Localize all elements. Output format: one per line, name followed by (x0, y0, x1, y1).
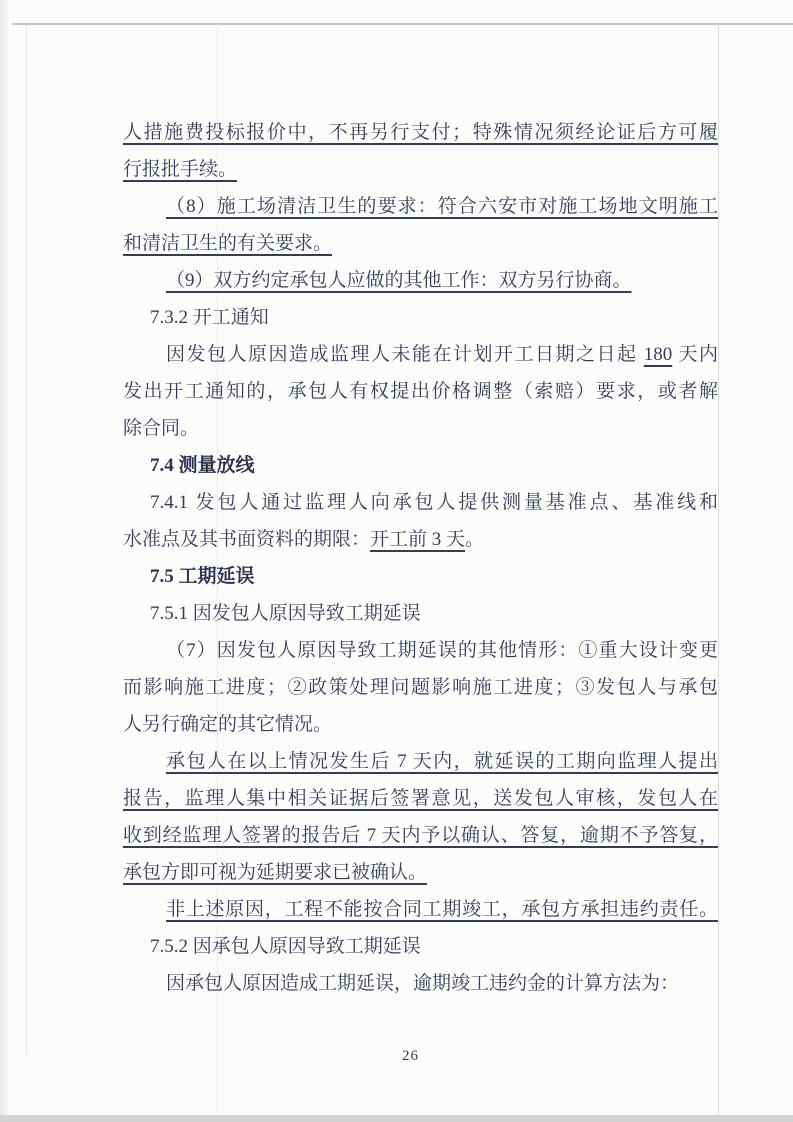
plain-text: 7.3.2 开工通知 (150, 307, 269, 328)
plain-text: 因发包人原因造成监理人未能在计划开工日期之日起 (166, 344, 644, 365)
scan-edge-bottom-shadow (0, 1115, 793, 1122)
text-line: （9）双方约定承包人应做的其他工作：双方另行协商。 (123, 262, 718, 299)
text-line: 7.5.1 因发包人原因导致工期延误 (123, 595, 718, 632)
plain-text: 除合同。 (123, 418, 199, 439)
plain-text: 7.5.1 因发包人原因导致工期延误 (150, 603, 421, 624)
underlined-text: 承包人在以上情况发生后 7 天内，就延误的工期向监理人提出 (166, 751, 718, 772)
text-line: 报告，监理人集中相关证据后签署意见，送发包人审核，发包人在 (123, 780, 718, 817)
text-line: 7.5.2 因承包人原因导致工期延误 (123, 928, 718, 965)
underlined-text: （8）施工场清洁卫生的要求：符合六安市对施工场地文明施工 (166, 196, 718, 217)
text-line: 水准点及其书面资料的期限：开工前 3 天。 (123, 521, 718, 558)
text-line: 人另行确定的其它情况。 (123, 706, 718, 743)
underlined-text: 和清洁卫生的有关要求。 (123, 233, 332, 254)
plain-text: 7.5.2 因承包人原因导致工期延误 (150, 936, 421, 957)
plain-text: 7.4.1 发包人通过监理人向承包人提供测量基准点、基准线和 (150, 492, 718, 513)
plain-text: 人另行确定的其它情况。 (123, 714, 332, 735)
page-number: 26 (113, 1048, 708, 1065)
text-line: 而影响施工进度；②政策处理问题影响施工进度；③发包人与承包 (123, 669, 718, 706)
text-line: 因承包人原因造成工期延误，逾期竣工违约金的计算方法为： (123, 965, 718, 1002)
underlined-text: 人措施费投标报价中，不再另行支付；特殊情况须经论证后方可履 (123, 122, 718, 143)
plain-text: 7.5 工期延误 (150, 566, 255, 587)
underlined-text: 行报批手续。 (123, 159, 237, 180)
scan-artifact-right-line (718, 24, 719, 1122)
text-line: 7.5 工期延误 (123, 558, 718, 595)
text-line: 行报批手续。 (123, 151, 718, 188)
underlined-text: 报告，监理人集中相关证据后签署意见，送发包人审核，发包人在 (123, 788, 718, 809)
text-line: 发出开工通知的，承包人有权提出价格调整（索赔）要求，或者解 (123, 373, 718, 410)
underlined-text: 非上述原因，工程不能按合同工期竣工，承包方承担违约责任。 (166, 899, 718, 920)
plain-text: 。 (465, 529, 484, 550)
text-line: 承包人在以上情况发生后 7 天内，就延误的工期向监理人提出 (123, 743, 718, 780)
text-line: 人措施费投标报价中，不再另行支付；特殊情况须经论证后方可履 (123, 114, 718, 151)
plain-text: 而影响施工进度；②政策处理问题影响施工进度；③发包人与承包 (123, 677, 718, 698)
plain-text: 7.4 测量放线 (150, 455, 255, 476)
underlined-text: 180 (644, 344, 673, 365)
underlined-text: 收到经监理人签署的报告后 7 天内予以确认、答复，逾期不予答复， (123, 825, 718, 846)
text-line: 7.4 测量放线 (123, 447, 718, 484)
plain-text: 发出开工通知的，承包人有权提出价格调整（索赔）要求，或者解 (123, 381, 718, 402)
scanned-document-page: 人措施费投标报价中，不再另行支付；特殊情况须经论证后方可履行报批手续。（8）施工… (0, 0, 793, 1122)
text-line: 因发包人原因造成监理人未能在计划开工日期之日起 180 天内 (123, 336, 718, 373)
plain-text: 水准点及其书面资料的期限： (123, 529, 370, 550)
text-line: 和清洁卫生的有关要求。 (123, 225, 718, 262)
underlined-text: （9）双方约定承包人应做的其他工作：双方另行协商。 (166, 270, 632, 291)
text-line: 承包方即可视为延期要求已被确认。 (123, 854, 718, 891)
scan-edge-left-shadow (0, 0, 10, 1122)
scan-artifact-left-line (26, 24, 27, 1054)
text-line: 除合同。 (123, 410, 718, 447)
text-line: （8）施工场清洁卫生的要求：符合六安市对施工场地文明施工 (123, 188, 718, 225)
plain-text: （7）因发包人原因导致工期延误的其他情形：①重大设计变更 (166, 640, 718, 661)
plain-text: 天内 (672, 344, 718, 365)
document-body: 人措施费投标报价中，不再另行支付；特殊情况须经论证后方可履行报批手续。（8）施工… (123, 114, 718, 1002)
underlined-text: 承包方即可视为延期要求已被确认。 (123, 862, 427, 883)
text-line: 7.3.2 开工通知 (123, 299, 718, 336)
text-line: 非上述原因，工程不能按合同工期竣工，承包方承担违约责任。 (123, 891, 718, 928)
underlined-text: 开工前 3 天 (370, 529, 465, 550)
plain-text: 因承包人原因造成工期延误，逾期竣工违约金的计算方法为： (166, 973, 679, 994)
text-line: 7.4.1 发包人通过监理人向承包人提供测量基准点、基准线和 (123, 484, 718, 521)
text-line: （7）因发包人原因导致工期延误的其他情形：①重大设计变更 (123, 632, 718, 669)
scan-artifact-top-line (12, 23, 793, 25)
text-line: 收到经监理人签署的报告后 7 天内予以确认、答复，逾期不予答复， (123, 817, 718, 854)
